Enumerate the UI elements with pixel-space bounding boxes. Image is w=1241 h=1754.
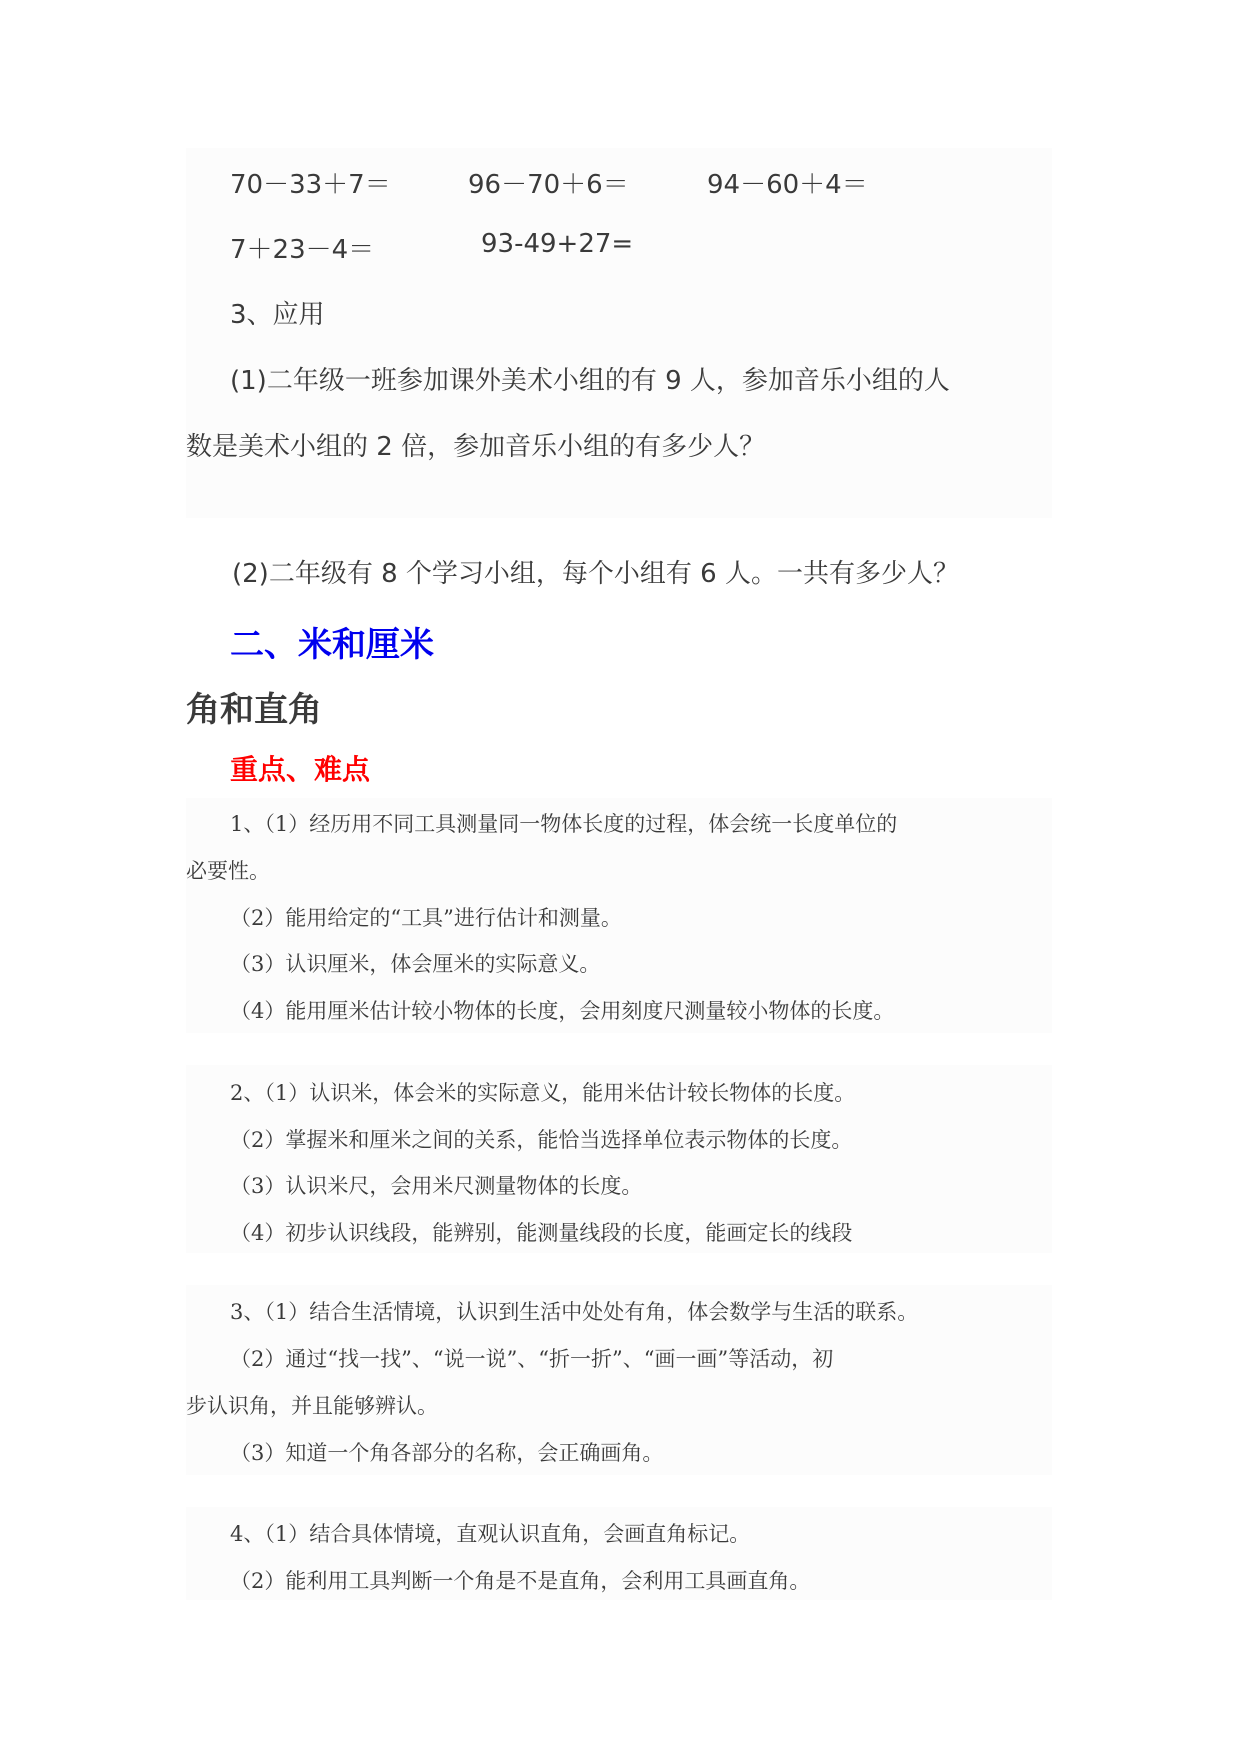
objective-3-2: （2）通过“找一找”、“说一说”、“折一折”、“画一画”等活动，初	[230, 1343, 833, 1373]
section-subtitle: 角和直角	[186, 682, 322, 731]
objective-2-4: （4）初步认识线段，能辨别，能测量线段的长度，能画定长的线段	[230, 1217, 852, 1247]
objective-2-3: （3）认识米尺，会用米尺测量物体的长度。	[230, 1170, 642, 1200]
exercise-3: 94－60＋4＝	[707, 164, 868, 201]
objective-1-4: （4）能用厘米估计较小物体的长度，会用刻度尺测量较小物体的长度。	[230, 995, 894, 1025]
application-q1-line1: (1)二年级一班参加课外美术小组的有 9 人，参加音乐小组的人	[230, 360, 950, 397]
objective-1-2: （2）能用给定的“工具”进行估计和测量。	[230, 902, 622, 932]
exercise-1: 70－33＋7＝	[230, 164, 391, 201]
application-heading: 3、应用	[230, 294, 325, 331]
objective-2-2: （2）掌握米和厘米之间的关系，能恰当选择单位表示物体的长度。	[230, 1124, 852, 1154]
objective-3-2-cont: 步认识角，并且能够辨认。	[186, 1390, 438, 1420]
application-q1-line2: 数是美术小组的 2 倍，参加音乐小组的有多少人？	[186, 426, 765, 463]
section-title: 二、米和厘米	[230, 617, 434, 666]
objective-3-3: （3）知道一个角各部分的名称，会正确画角。	[230, 1437, 663, 1467]
exercise-5: 93-49+27=	[481, 229, 633, 259]
key-points-heading: 重点、难点	[230, 748, 370, 788]
objective-1-3: （3）认识厘米，体会厘米的实际意义。	[230, 948, 600, 978]
objective-3-1: 3、（1）结合生活情境，认识到生活中处处有角，体会数学与生活的联系。	[230, 1296, 918, 1326]
objective-1-1: 1、（1）经历用不同工具测量同一物体长度的过程，体会统一长度单位的	[230, 808, 897, 838]
objective-4-2: （2）能利用工具判断一个角是不是直角，会利用工具画直角。	[230, 1565, 810, 1595]
application-q2: (2)二年级有 8 个学习小组，每个小组有 6 人。一共有多少人？	[232, 553, 959, 590]
objective-4-1: 4、（1）结合具体情境，直观认识直角，会画直角标记。	[230, 1518, 750, 1548]
objective-1-1-cont: 必要性。	[186, 855, 270, 885]
objective-2-1: 2、（1）认识米，体会米的实际意义，能用米估计较长物体的长度。	[230, 1077, 855, 1107]
exercise-4: 7＋23－4＝	[230, 229, 374, 266]
exercise-2: 96－70＋6＝	[468, 164, 629, 201]
